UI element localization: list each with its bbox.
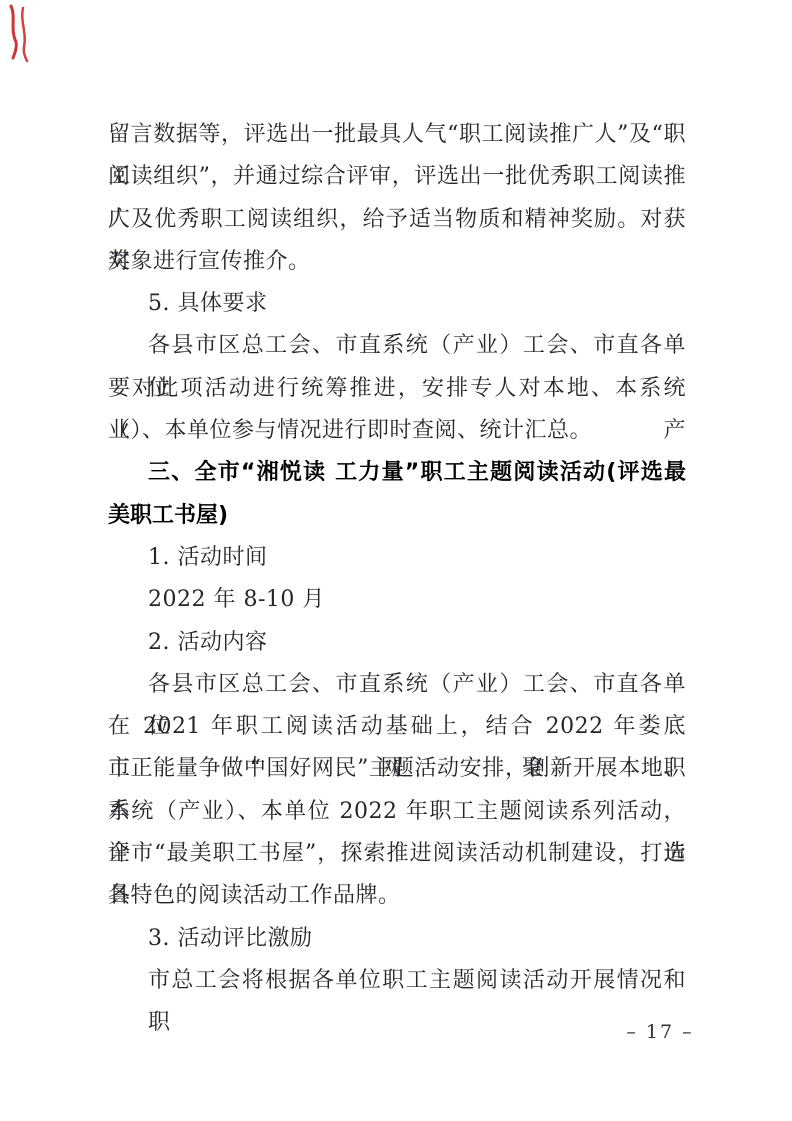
list-item-heading: 5. 具体要求	[108, 283, 686, 325]
section-heading-line: 美职工书屋)	[108, 495, 686, 537]
text-line: 阅读组织”，并通过综合评审，评选出一批优秀职工阅读推广	[108, 156, 686, 198]
list-item-heading: 2. 活动内容	[108, 622, 686, 664]
text-line: 工正能量争做中国好网民”主题活动安排，创新开展本地、本	[108, 748, 686, 790]
text-line: 全市“最美职工书屋”，探索推进阅读活动机制建设，打造各	[108, 833, 686, 875]
red-scribble-mark	[5, 3, 33, 65]
text-line: 要对此项活动进行统筹推进，安排专人对本地、本系统（产	[108, 368, 686, 410]
list-item-heading: 1. 活动时间	[108, 537, 686, 579]
text-line: 市总工会将根据各单位职工主题阅读活动开展情况和职	[108, 960, 686, 1002]
document-page: 留言数据等，评选出一批最具人气“职工阅读推广人”及“职工 阅读组织”，并通过综合…	[0, 0, 792, 1121]
text-line: 系统（产业）、本单位 2022 年职工主题阅读系列活动，评选	[108, 791, 686, 833]
list-item-heading: 3. 活动评比激励	[108, 918, 686, 960]
text-line: 人及优秀职工阅读组织，给予适当物质和精神奖励。对获奖	[108, 199, 686, 241]
text-line: 2022 年 8-10 月	[108, 579, 686, 621]
text-line: 在 2021 年职工阅读活动基础上，结合 2022 年娄底市“网聚职	[108, 706, 686, 748]
text-line: 具特色的阅读活动工作品牌。	[108, 875, 686, 917]
page-number: – 17 –	[604, 1019, 716, 1045]
text-line: 各县市区总工会、市直系统（产业）工会、市直各单位	[108, 664, 686, 706]
text-line: 对象进行宣传推介。	[108, 241, 686, 283]
section-heading-line: 三、全市“湘悦读 工力量”职工主题阅读活动(评选最	[108, 452, 686, 494]
text-block: 留言数据等，评选出一批最具人气“职工阅读推广人”及“职工 阅读组织”，并通过综合…	[108, 114, 686, 1002]
text-line: 留言数据等，评选出一批最具人气“职工阅读推广人”及“职工	[108, 114, 686, 156]
text-line: 各县市区总工会、市直系统（产业）工会、市直各单位	[108, 325, 686, 367]
